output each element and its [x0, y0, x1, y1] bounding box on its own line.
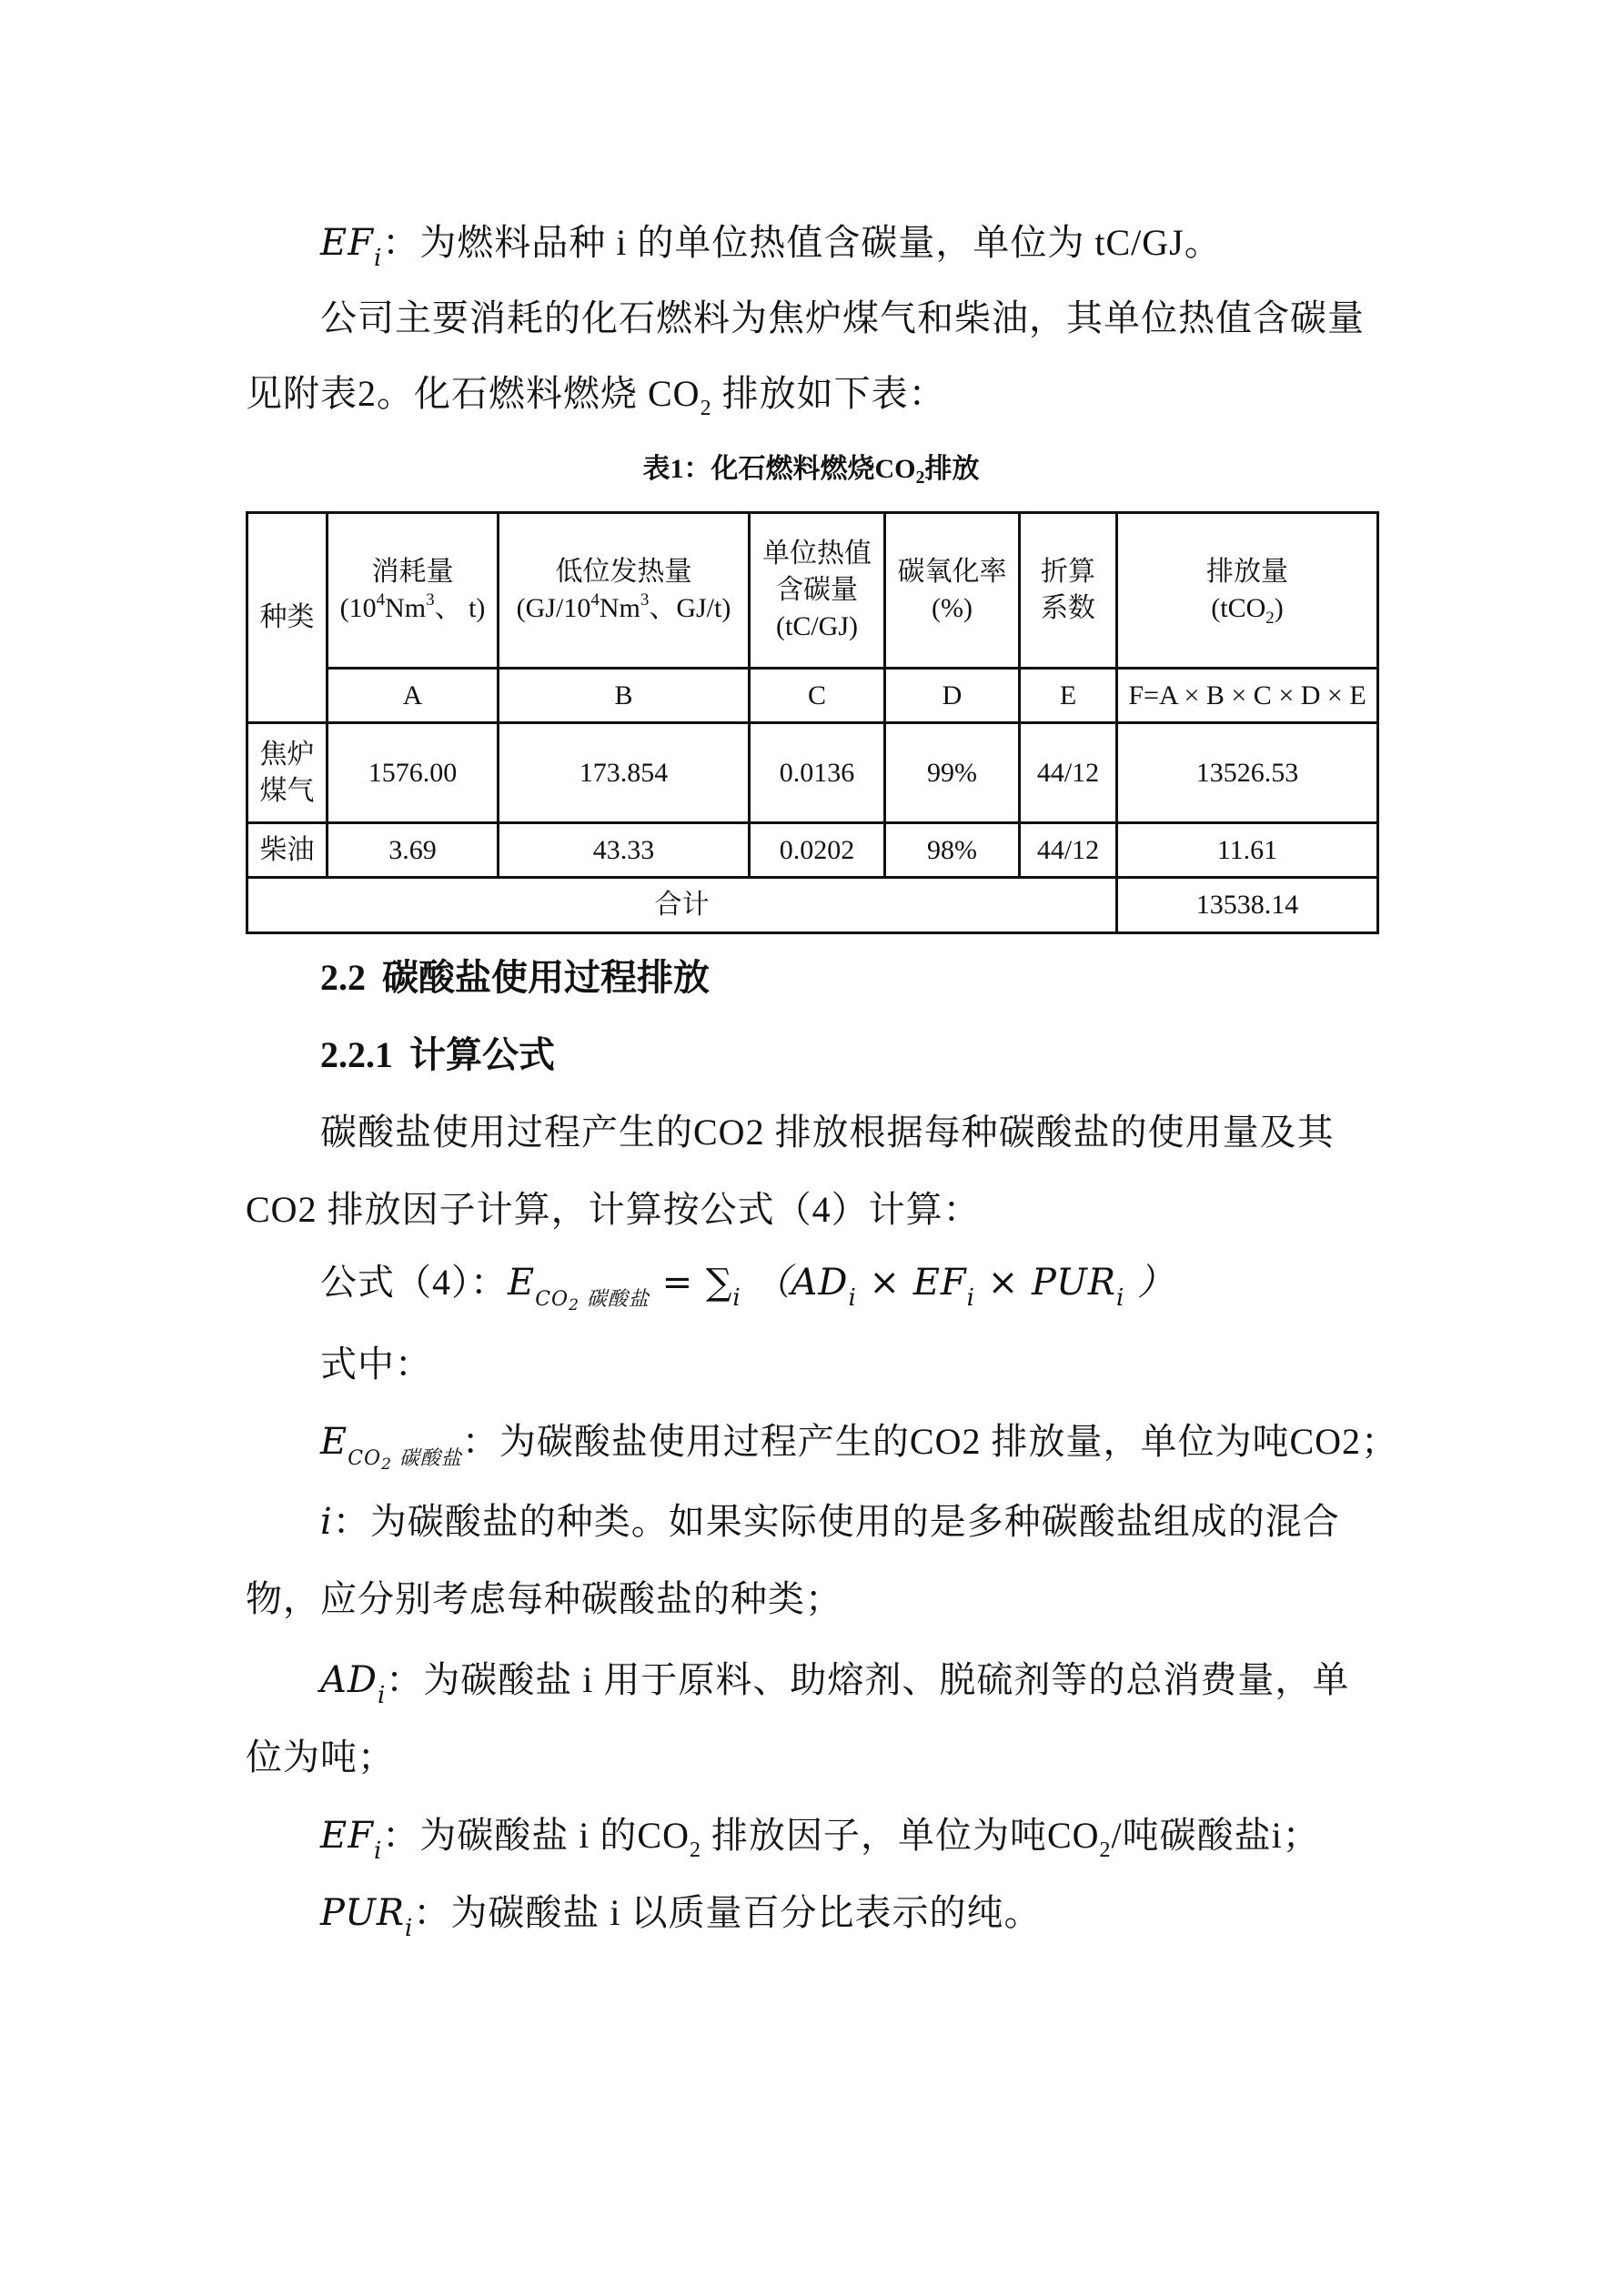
total-value: 13538.14 [1117, 878, 1378, 933]
sub-num: 2 [569, 1296, 580, 1314]
i-definition-line2: 物，应分别考虑每种碳酸盐的种类； [246, 1576, 842, 1622]
consumption-unit: (104Nm3、 t) [332, 590, 493, 627]
formula-open-paren: （ [741, 1262, 791, 1304]
pur-subscript: i [405, 1915, 413, 1942]
ef-definition-fuel: EFi：为燃料品种 i 的单位热值含碳量，单位为 tC/GJ。 [320, 220, 1222, 270]
header-consumption: 消耗量 (104Nm3、 t) [328, 513, 499, 669]
cell-oxidation: 99% [885, 723, 1020, 823]
co2-subscript: 2 [690, 1838, 701, 1862]
unit-sup: 4 [590, 590, 600, 609]
letter-d: D [885, 669, 1020, 723]
cell-ncv: 43.33 [499, 823, 750, 878]
caption-text-a: 表1：化石燃料燃烧CO [643, 454, 916, 484]
pur-definition-text: ：为碳酸盐 i 以质量百分比表示的纯。 [413, 1892, 1041, 1933]
table-row: 柴油 3.69 43.33 0.0202 98% 44/12 11.61 [247, 823, 1378, 878]
subsection-number: 2.2.1 [320, 1034, 393, 1075]
sub-part: CO [348, 1447, 381, 1470]
pur-symbol: PUR [320, 1892, 405, 1934]
sigma-icon: ∑ [706, 1262, 733, 1304]
cell-oxidation: 98% [885, 823, 1020, 878]
unit-part: 、 t) [435, 593, 486, 623]
ad-subscript: i [378, 1682, 386, 1709]
i-definition-line1: i：为碳酸盐的种类。如果实际使用的是多种碳酸盐组成的混合 [320, 1499, 1340, 1545]
formula-4: 公式（4）：ECO2 碳酸盐 = ∑i （ADi × EFi × PURi ） [320, 1260, 1174, 1313]
ad-definition-text: ：为碳酸盐 i 用于原料、助熔剂、脱硫剂等的总消费量，单 [386, 1659, 1349, 1700]
cell-emission: 13526.53 [1117, 723, 1378, 823]
sub-part: CO [535, 1288, 569, 1311]
carbonate-paragraph-line1: 碳酸盐使用过程产生的CO2 排放根据每种碳酸盐的使用量及其 [320, 1110, 1335, 1155]
times-icon: × [975, 1262, 1032, 1304]
ef-symbol: EF [320, 222, 374, 264]
letter-c: C [750, 669, 885, 723]
cell-conversion: 44/12 [1020, 723, 1117, 823]
ef-subscript: i [374, 1838, 382, 1865]
formula-ad: AD [791, 1262, 848, 1304]
cell-carbon-content: 0.0136 [750, 723, 885, 823]
header-carbon-content: 单位热值 含碳量 (tC/GJ) [750, 513, 885, 669]
ef-definition-carbonate: EFi：为碳酸盐 i 的CO2 排放因子，单位为吨CO2/吨碳酸盐i； [320, 1813, 1320, 1864]
unit-part: (GJ/10 [517, 593, 591, 623]
unit-part: Nm [385, 593, 426, 623]
unit-part: ) [1275, 593, 1284, 623]
sub-num: 2 [381, 1455, 392, 1474]
carbon-content-line2: 含碳量 [754, 572, 880, 609]
type-diesel: 柴油 [247, 823, 328, 878]
ef-subscript: i [967, 1284, 975, 1312]
total-label: 合计 [247, 878, 1117, 933]
formula-equals: = [650, 1262, 706, 1304]
ad-definition-line1: ADi：为碳酸盐 i 用于原料、助熔剂、脱硫剂等的总消费量，单 [320, 1657, 1349, 1707]
cell-consumption: 1576.00 [328, 723, 499, 823]
header-emission: 排放量 (tCO2) [1117, 513, 1378, 669]
table-row: 焦炉 煤气 1576.00 173.854 0.0136 99% 44/12 1… [247, 723, 1378, 823]
intro-text-b: 排放如下表： [712, 373, 946, 414]
conversion-line1: 折算 [1024, 554, 1112, 590]
section-number: 2.2 [320, 957, 366, 998]
subsection-title: 计算公式 [409, 1034, 555, 1075]
unit-sup: 3 [426, 590, 435, 609]
sub-part: 碳酸盐 [392, 1447, 462, 1470]
header-conversion: 折算 系数 [1020, 513, 1117, 669]
cell-consumption: 3.69 [328, 823, 499, 878]
ef-symbol: EF [320, 1815, 374, 1857]
type-line2: 煤气 [252, 773, 322, 810]
ad-symbol: AD [320, 1659, 378, 1701]
unit-part: (10 [340, 593, 377, 623]
ef-text-b: 排放因子，单位为吨CO [701, 1815, 1100, 1856]
ad-definition-line2: 位为吨； [246, 1735, 395, 1780]
formula-ef: EF [913, 1262, 967, 1304]
where-label: 式中： [320, 1342, 432, 1387]
ef-text-a: ：为碳酸盐 i 的CO [382, 1815, 690, 1856]
letter-row: A B C D E F=A × B × C × D × E [247, 669, 1378, 723]
e-subscript: CO2 碳酸盐 [348, 1447, 462, 1470]
section-heading: 2.2碳酸盐使用过程排放 [320, 955, 710, 1001]
emission-label: 排放量 [1122, 554, 1373, 590]
e-symbol: E [320, 1421, 348, 1463]
ncv-label: 低位发热量 [503, 554, 744, 590]
ef-subscript: i [374, 245, 382, 272]
cell-emission: 11.61 [1117, 823, 1378, 878]
oxidation-label: 碳氧化率 [890, 554, 1014, 590]
carbon-content-line1: 单位热值 [754, 536, 880, 572]
formula-lhs: E [508, 1262, 535, 1304]
sum-subscript: i [732, 1284, 741, 1312]
formula-lhs-subscript: CO2 碳酸盐 [535, 1288, 650, 1311]
intro-paragraph-line1: 公司主要消耗的化石燃料为焦炉煤气和柴油，其单位热值含碳量 [320, 296, 1365, 341]
conversion-line2: 系数 [1024, 590, 1112, 627]
intro-paragraph-line2: 见附表2。化石燃料燃烧 CO2 排放如下表： [246, 371, 946, 422]
ef-text-c: /吨碳酸盐i； [1112, 1815, 1320, 1856]
letter-a: A [328, 669, 499, 723]
e-co2-definition: ECO2 碳酸盐：为碳酸盐使用过程产生的CO2 排放量，单位为吨CO2； [320, 1419, 1398, 1472]
emission-unit: (tCO2) [1122, 590, 1373, 627]
formula-label: 公式（4）： [320, 1262, 508, 1303]
cell-ncv: 173.854 [499, 723, 750, 823]
cell-carbon-content: 0.0202 [750, 823, 885, 878]
letter-e: E [1020, 669, 1117, 723]
pur-definition: PURi：为碳酸盐 i 以质量百分比表示的纯。 [320, 1890, 1042, 1940]
unit-sup: 3 [640, 590, 650, 609]
subsection-heading: 2.2.1计算公式 [320, 1032, 555, 1078]
times-icon: × [857, 1262, 913, 1304]
caption-text-b: 排放 [925, 454, 980, 484]
header-type: 种类 [247, 513, 328, 723]
type-line1: 焦炉 [252, 737, 322, 773]
carbon-content-unit: (tC/GJ) [754, 609, 880, 645]
letter-f-formula: F=A × B × C × D × E [1117, 669, 1378, 723]
oxidation-unit: (%) [890, 590, 1014, 627]
co2-subscript: 2 [1100, 1838, 1112, 1862]
header-oxidation: 碳氧化率 (%) [885, 513, 1020, 669]
ncv-unit: (GJ/104Nm3、GJ/t) [503, 590, 744, 627]
i-definition-text: ：为碳酸盐的种类。如果实际使用的是多种碳酸盐组成的混合 [333, 1501, 1340, 1542]
unit-sub: 2 [1265, 609, 1275, 628]
intro-text-a: 见附表2。化石燃料燃烧 CO [246, 373, 701, 414]
sub-part: 碳酸盐 [580, 1288, 650, 1311]
e-definition-text: ：为碳酸盐使用过程产生的CO2 排放量，单位为吨CO2； [462, 1421, 1398, 1462]
table-caption: 表1：化石燃料燃烧CO2排放 [246, 451, 1376, 490]
unit-part: 、GJ/t) [649, 593, 731, 623]
section-title: 碳酸盐使用过程排放 [382, 957, 710, 998]
header-row: 种类 消耗量 (104Nm3、 t) 低位发热量 (GJ/104Nm3、GJ/t… [247, 513, 1378, 669]
unit-part: (tCO [1211, 593, 1265, 623]
type-coke-oven-gas: 焦炉 煤气 [247, 723, 328, 823]
unit-sup: 4 [377, 590, 386, 609]
carbonate-paragraph-line2: CO2 排放因子计算，计算按公式（4）计算： [246, 1187, 981, 1233]
caption-subscript: 2 [916, 468, 925, 488]
i-symbol: i [320, 1501, 333, 1543]
pur-subscript: i [1116, 1284, 1124, 1312]
total-row: 合计 13538.14 [247, 878, 1378, 933]
cell-conversion: 44/12 [1020, 823, 1117, 878]
ef-definition-text: ：为燃料品种 i 的单位热值含碳量，单位为 tC/GJ。 [382, 222, 1221, 263]
co2-subscript: 2 [701, 397, 712, 420]
consumption-label: 消耗量 [332, 554, 493, 590]
ad-subscript: i [848, 1284, 856, 1312]
unit-part: Nm [600, 593, 640, 623]
header-ncv: 低位发热量 (GJ/104Nm3、GJ/t) [499, 513, 750, 669]
letter-b: B [499, 669, 750, 723]
formula-pur: PUR [1032, 1262, 1116, 1304]
fossil-fuel-emissions-table: 种类 消耗量 (104Nm3、 t) 低位发热量 (GJ/104Nm3、GJ/t… [246, 511, 1379, 934]
formula-close-paren: ） [1124, 1262, 1174, 1304]
